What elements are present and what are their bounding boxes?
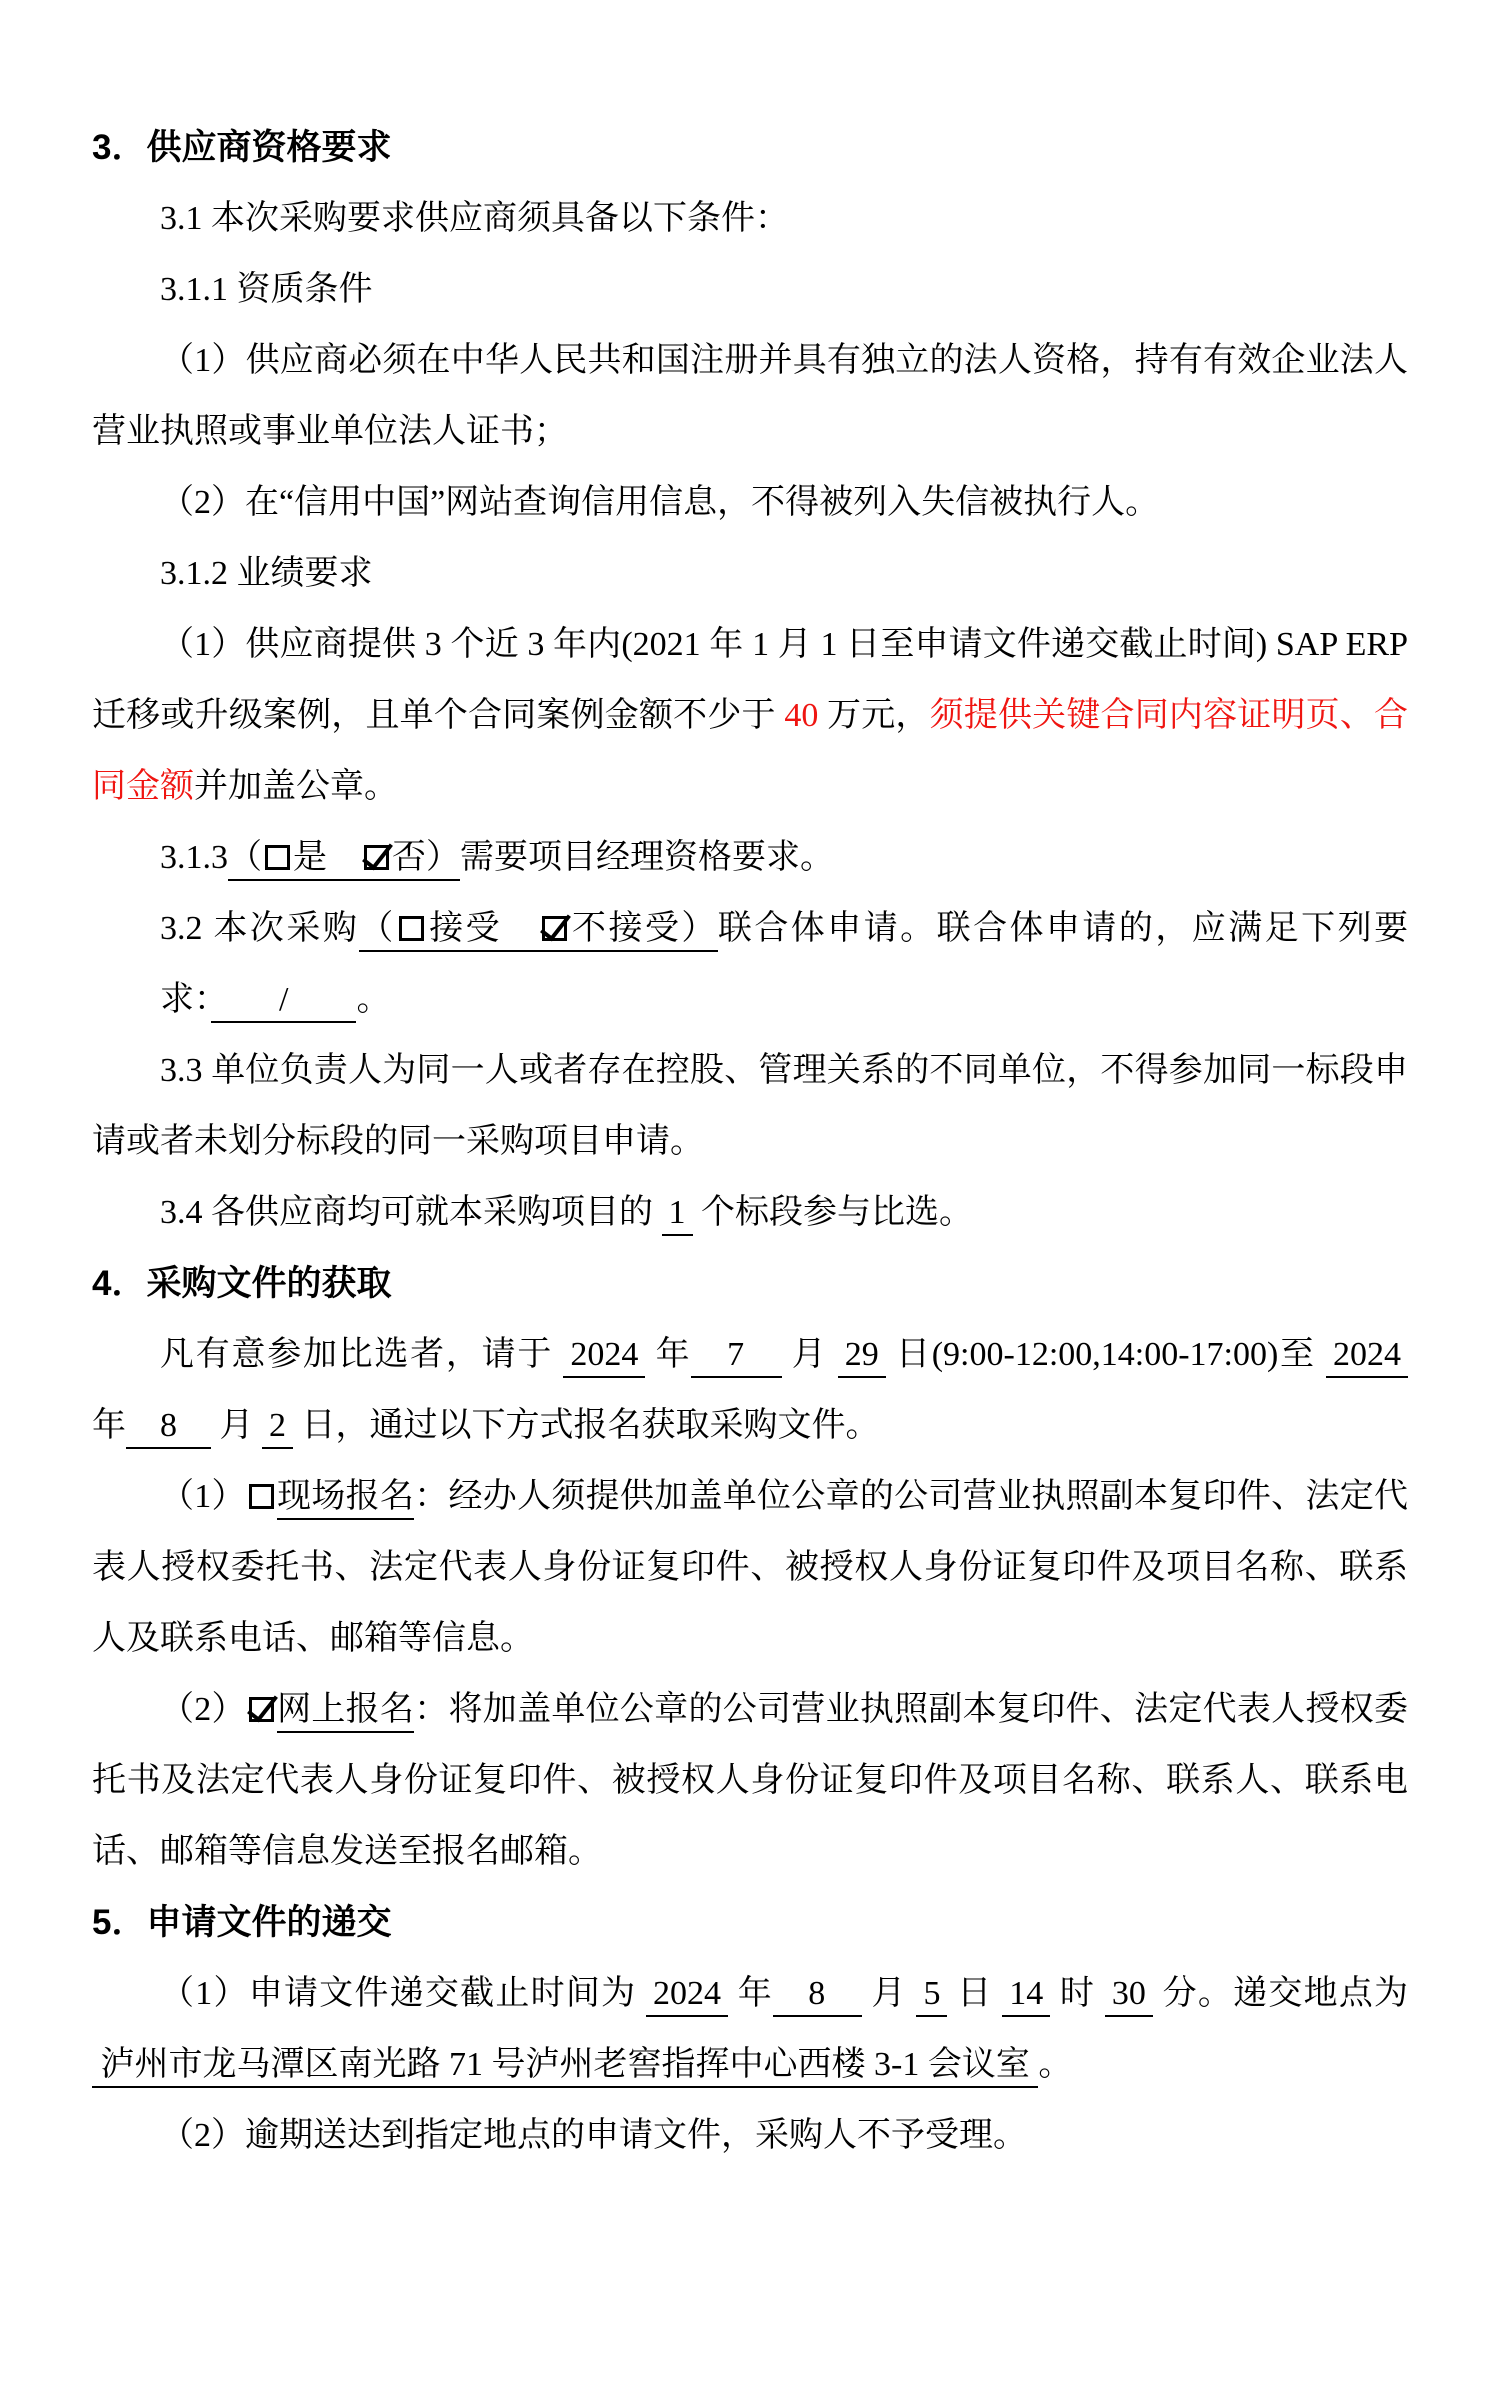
clause-3-1-1-item-2: （2）在“信用中国”网站查询信用信息，不得被列入失信被执行人。: [92, 467, 1408, 538]
clause-3-1-1: 3.1.1 资质条件: [92, 254, 1408, 325]
onsite-registration-label: 现场报名: [277, 1478, 414, 1520]
section-4-heading: 4．采购文件的获取: [92, 1248, 1408, 1319]
online-registration-label: 网上报名: [277, 1691, 414, 1733]
registration-intro-text: 凡有意参加比选者，请于: [160, 1336, 563, 1373]
online-registration-paragraph: （2）网上报名：将加盖单位公章的公司营业执照副本复印件、法定代表人授权委托书及法…: [92, 1674, 1408, 1887]
hour-label: 时: [1050, 1975, 1105, 2012]
option-gap: [327, 839, 361, 876]
option-yes-label: 是: [293, 839, 327, 876]
clause-3-1-3-text: 需要项目经理资格要求。: [460, 839, 834, 876]
document-page: 3．供应商资格要求 3.1 本次采购要求供应商须具备以下条件： 3.1.1 资质…: [0, 0, 1500, 2396]
checkbox-checked-icon: [249, 1697, 274, 1722]
clause-3-1: 3.1 本次采购要求供应商须具备以下条件：: [92, 183, 1408, 254]
consortium-option-group: （接受 不接受）: [359, 910, 718, 952]
lot-count-field: 1: [662, 1194, 693, 1236]
requirements-blank-field: /: [211, 981, 356, 1023]
submission-deadline-paragraph: （1）申请文件递交截止时间为 2024 年 8 月 5 日 14 时 30 分。…: [92, 1958, 1408, 2100]
year-label: 年: [92, 1407, 126, 1444]
clause-3-1-2: 3.1.2 业绩要求: [92, 538, 1408, 609]
registration-outro-text: 日，通过以下方式报名获取采购文件。: [293, 1407, 880, 1444]
checkbox-unchecked-icon: [249, 1484, 274, 1509]
start-month-field: 7: [691, 1336, 781, 1378]
option-reject-label: 不接受: [570, 910, 682, 947]
paren-close: ）: [681, 910, 717, 947]
month-label: 月: [862, 1975, 917, 2012]
location-intro-text: 分。递交地点为: [1153, 1975, 1408, 2012]
clause-3-2: 3.2 本次采购（接受 不接受）联合体申请。联合体申请的，应满足下列要求： / …: [160, 893, 1408, 1035]
checkbox-checked-icon: [364, 845, 389, 870]
clause-3-4-text: 3.4 各供应商均可就本采购项目的: [160, 1194, 662, 1231]
onsite-registration-paragraph: （1）现场报名：经办人须提供加盖单位公章的公司营业执照副本复印件、法定代表人授权…: [92, 1461, 1408, 1674]
option-no-label: 否: [392, 839, 426, 876]
item-number: （1）: [160, 1478, 246, 1515]
month-label: 月: [211, 1407, 262, 1444]
start-year-field: 2024: [563, 1336, 645, 1378]
year-label: 年: [645, 1336, 691, 1373]
registration-period-paragraph: 凡有意参加比选者，请于 2024 年 7 月 29 日(9:00-12:00,1…: [92, 1319, 1408, 1461]
clause-3-4-end: 个标段参与比选。: [693, 1194, 974, 1231]
option-gap: [502, 910, 538, 947]
section-3-heading: 3．供应商资格要求: [92, 112, 1408, 183]
end-year-field: 2024: [1326, 1336, 1408, 1378]
amount-unit-text: 万元，: [818, 697, 929, 734]
option-accept-label: 接受: [427, 910, 502, 947]
day-label: 日: [947, 1975, 1002, 2012]
paren-open: （: [228, 839, 262, 876]
deadline-intro-text: （1）申请文件递交截止时间为: [160, 1975, 646, 2012]
contract-amount-highlight: 40: [784, 697, 818, 734]
clause-3-4: 3.4 各供应商均可就本采购项目的 1 个标段参与比选。: [92, 1177, 1408, 1248]
submission-address-field: 泸州市龙马潭区南光路 71 号泸州老窖指挥中心西楼 3-1 会议室: [92, 2046, 1038, 2088]
time-window-text: 日(9:00-12:00,14:00-17:00)至: [886, 1336, 1326, 1373]
clause-3-1-1-item-1: （1）供应商必须在中华人民共和国注册并具有独立的法人资格，持有有效企业法人营业执…: [92, 325, 1408, 467]
paren-open: （: [359, 910, 395, 947]
clause-3-2-prefix: 3.2 本次采购: [160, 910, 359, 947]
year-label: 年: [728, 1975, 773, 2012]
deadline-year-field: 2024: [646, 1975, 728, 2017]
section-5-heading: 5．申请文件的递交: [92, 1887, 1408, 1958]
deadline-day-field: 5: [916, 1975, 947, 2017]
clause-3-1-3-number: 3.1.3: [160, 839, 228, 876]
month-label: 月: [782, 1336, 838, 1373]
late-submission-paragraph: （2）逾期送达到指定地点的申请文件，采购人不予受理。: [92, 2100, 1408, 2171]
end-day-field: 2: [262, 1407, 293, 1449]
checkbox-checked-icon: [542, 916, 567, 941]
paren-close: ）: [426, 839, 460, 876]
project-manager-option-group: （是 否）: [228, 839, 460, 881]
clause-3-1-3: 3.1.3（是 否）需要项目经理资格要求。: [92, 822, 1408, 893]
deadline-minute-field: 30: [1105, 1975, 1153, 2017]
sentence-end: 。: [1038, 2046, 1072, 2083]
clause-3-2-end: 。: [356, 981, 390, 1018]
item-number: （2）: [160, 1691, 246, 1728]
clause-3-1-2-item-1: （1）供应商提供 3 个近 3 年内(2021 年 1 月 1 日至申请文件递交…: [92, 609, 1408, 822]
start-day-field: 29: [838, 1336, 886, 1378]
deadline-hour-field: 14: [1002, 1975, 1050, 2017]
deadline-month-field: 8: [773, 1975, 862, 2017]
end-month-field: 8: [126, 1407, 211, 1449]
seal-requirement-text: 并加盖公章。: [194, 768, 398, 805]
checkbox-unchecked-icon: [265, 845, 290, 870]
checkbox-unchecked-icon: [399, 916, 424, 941]
clause-3-3: 3.3 单位负责人为同一人或者存在控股、管理关系的不同单位，不得参加同一标段申请…: [92, 1035, 1408, 1177]
